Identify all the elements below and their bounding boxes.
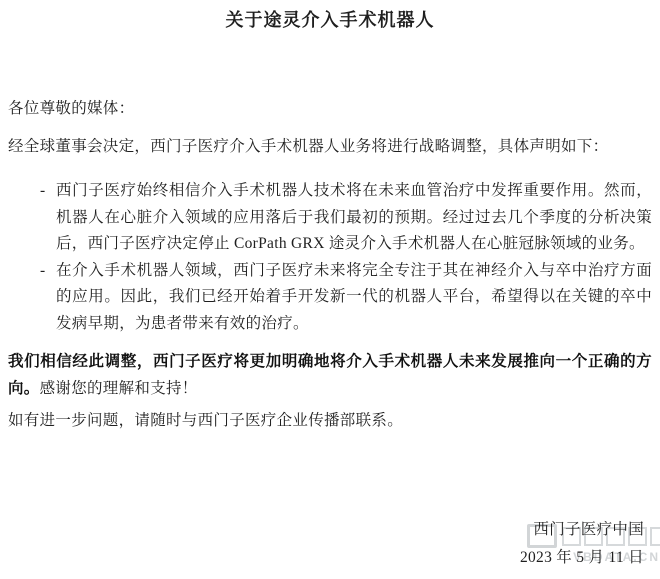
signature-date: 2023 年 5 月 11 日 — [520, 544, 644, 572]
signature-block: 西门子医疗中国 2023 年 5 月 11 日 — [520, 516, 644, 571]
press-release-document: 关于途灵介入手术机器人 各位尊敬的媒体： 经全球董事会决定，西门子医疗介入手术机… — [0, 0, 660, 579]
salutation: 各位尊敬的媒体： — [8, 96, 652, 123]
emphasis-paragraph: 我们相信经此调整，西门子医疗将更加明确地将介入手术机器人未来发展推向一个正确的方… — [8, 349, 652, 402]
signature-org: 西门子医疗中国 — [520, 516, 644, 544]
bullet-dash-icon: - — [40, 258, 45, 285]
bullet-dash-icon: - — [40, 178, 45, 205]
bullet-text: 在介入手术机器人领域，西门子医疗未来将完全专注于其在神经介入与卒中治疗方面的应用… — [56, 262, 652, 332]
bullet-list: - 西门子医疗始终相信介入手术机器人技术将在未来血管治疗中发挥重要作用。然而，机… — [0, 178, 652, 337]
list-item: - 在介入手术机器人领域，西门子医疗未来将完全专注于其在神经介入与卒中治疗方面的… — [0, 258, 652, 338]
contact-paragraph: 如有进一步问题，请随时与西门子医疗企业传播部联系。 — [8, 408, 652, 435]
emphasis-regular-text: 感谢您的理解和支持！ — [40, 380, 198, 397]
list-item: - 西门子医疗始终相信介入手术机器人技术将在未来血管治疗中发挥重要作用。然而，机… — [0, 178, 652, 258]
watermark-glyph — [650, 527, 660, 546]
bullet-text: 西门子医疗始终相信介入手术机器人技术将在未来血管治疗中发挥重要作用。然而，机器人… — [56, 182, 652, 252]
intro-paragraph: 经全球董事会决定，西门子医疗介入手术机器人业务将进行战略调整，具体声明如下： — [8, 134, 652, 161]
page-title: 关于途灵介入手术机器人 — [0, 8, 660, 32]
